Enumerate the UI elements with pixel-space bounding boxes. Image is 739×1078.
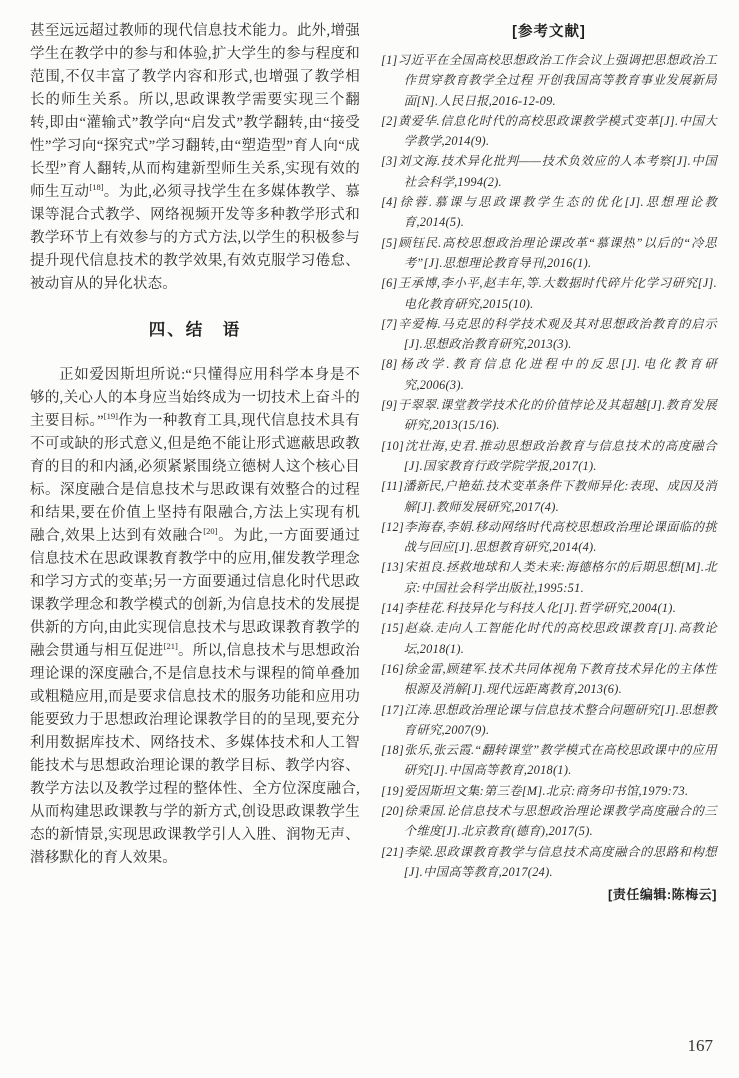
text-run: 甚至远远超过教师的现代信息技术能力。此外,增强学生在教学中的参与和体验,扩大学生… (30, 23, 360, 200)
reference-item: [15]赵焱.走向人工智能化时代的高校思政课教育[J].高教论坛,2018(1)… (381, 618, 717, 659)
reference-item: [1]习近平在全国高校思想政治工作会议上强调把思想政治工作贯穿教育教学全过程 开… (381, 50, 717, 111)
reference-item: [21]李梁.思政课教育教学与信息技术高度融合的思路和构想[J].中国高等教育,… (381, 842, 717, 883)
references-column: [参考文献] [1]习近平在全国高校思想政治工作会议上强调把思想政治工作贯穿教育… (381, 20, 717, 903)
reference-item: [20]徐秉国.论信息技术与思想政治理论课教学高度融合的三个维度[J].北京教育… (381, 801, 717, 842)
journal-page: 甚至远远超过教师的现代信息技术能力。此外,增强学生在教学中的参与和体验,扩大学生… (0, 0, 739, 1078)
reference-item: [7]辛爱梅.马克思的科学技术观及其对思想政治教育的启示[J].思想政治教育研究… (381, 314, 717, 355)
reference-item: [16]徐金雷,顾建军.技术共同体视角下教育技术异化的主体性根源及消解[J].现… (381, 659, 717, 700)
reference-item: [17]江涛.思想政治理论课与信息技术整合问题研究[J].思想教育研究,2007… (381, 700, 717, 741)
reference-item: [10]沈壮海,史君.推动思想政治教育与信息技术的高度融合[J].国家教育行政学… (381, 436, 717, 477)
references-list: [1]习近平在全国高校思想政治工作会议上强调把思想政治工作贯穿教育教学全过程 开… (381, 50, 717, 882)
reference-item: [13]宋祖良.拯救地球和人类未来:海德格尔的后期思想[M].北京:中国社会科学… (381, 557, 717, 598)
reference-item: [12]李海春,李娟.移动网络时代高校思想政治理论课面临的挑战与回应[J].思想… (381, 517, 717, 558)
left-column: 甚至远远超过教师的现代信息技术能力。此外,增强学生在教学中的参与和体验,扩大学生… (30, 20, 360, 903)
text-run: 。为此,一方面要通过信息技术在思政课教育教学中的应用,催发教学理念和学习方式的变… (30, 528, 360, 659)
reference-item: [18]张乐,张云霞.“翻转课堂”教学模式在高校思政课中的应用研究[J].中国高… (381, 740, 717, 781)
section-heading-conclusion: 四、结 语 (30, 316, 360, 340)
reference-item: [6]王承博,李小平,赵丰年,等.大数据时代碎片化学习研究[J].电化教育研究,… (381, 273, 717, 314)
text-run: 。为此,必须寻找学生在多媒体教学、慕课等混合式教学、网络视频开发等多种教学形式和… (30, 184, 360, 292)
reference-item: [11]潘新民,户艳茹.技术变革条件下教师异化:表现、成因及消解[J].教师发展… (381, 476, 717, 517)
reference-item: [4]徐蓉.慕课与思政课教学生态的优化[J].思想理论教育,2014(5). (381, 192, 717, 233)
references-heading: [参考文献] (381, 20, 717, 41)
text-run: 作为一种教育工具,现代信息技术具有不可或缺的形式意义,但是绝不能让形式遮蔽思政教… (30, 413, 360, 544)
editor-credit: [责任编辑:陈梅云] (381, 884, 717, 903)
citation-superscript: [19] (104, 411, 118, 421)
citation-superscript: [20] (203, 526, 217, 536)
body-paragraph-continued: 甚至远远超过教师的现代信息技术能力。此外,增强学生在教学中的参与和体验,扩大学生… (30, 20, 360, 296)
two-column-layout: 甚至远远超过教师的现代信息技术能力。此外,增强学生在教学中的参与和体验,扩大学生… (30, 20, 717, 903)
reference-item: [9]于翠翠.课堂教学技术化的价值悖论及其超越[J].教育发展研究,2013(1… (381, 395, 717, 436)
reference-item: [5]顾钰民.高校思想政治理论课改革“慕课热”以后的“冷思考”[J].思想理论教… (381, 233, 717, 274)
text-run: 。所以,信息技术与思想政治理论课的深度融合,不是信息技术与课程的简单叠加或粗糙应… (30, 643, 360, 866)
citation-superscript: [21] (164, 641, 178, 651)
reference-item: [19]爱因斯坦文集:第三卷[M].北京:商务印书馆,1979:73. (381, 781, 717, 801)
reference-item: [8]杨改学.教育信息化进程中的反思[J].电化教育研究,2006(3). (381, 354, 717, 395)
reference-item: [2]黄爱华.信息化时代的高校思政课教学模式变革[J].中国大学教学,2014(… (381, 111, 717, 152)
reference-item: [14]李桂花.科技异化与科技人化[J].哲学研究,2004(1). (381, 598, 717, 618)
body-paragraph-conclusion: 正如爱因斯坦所说:“只懂得应用科学本身是不够的,关心人的本身应当始终成为一切技术… (30, 364, 360, 870)
page-number: 167 (688, 1036, 714, 1056)
citation-superscript: [18] (89, 182, 103, 192)
reference-item: [3]刘文海.技术异化批判——技术负效应的人本考察[J].中国社会科学,1994… (381, 151, 717, 192)
